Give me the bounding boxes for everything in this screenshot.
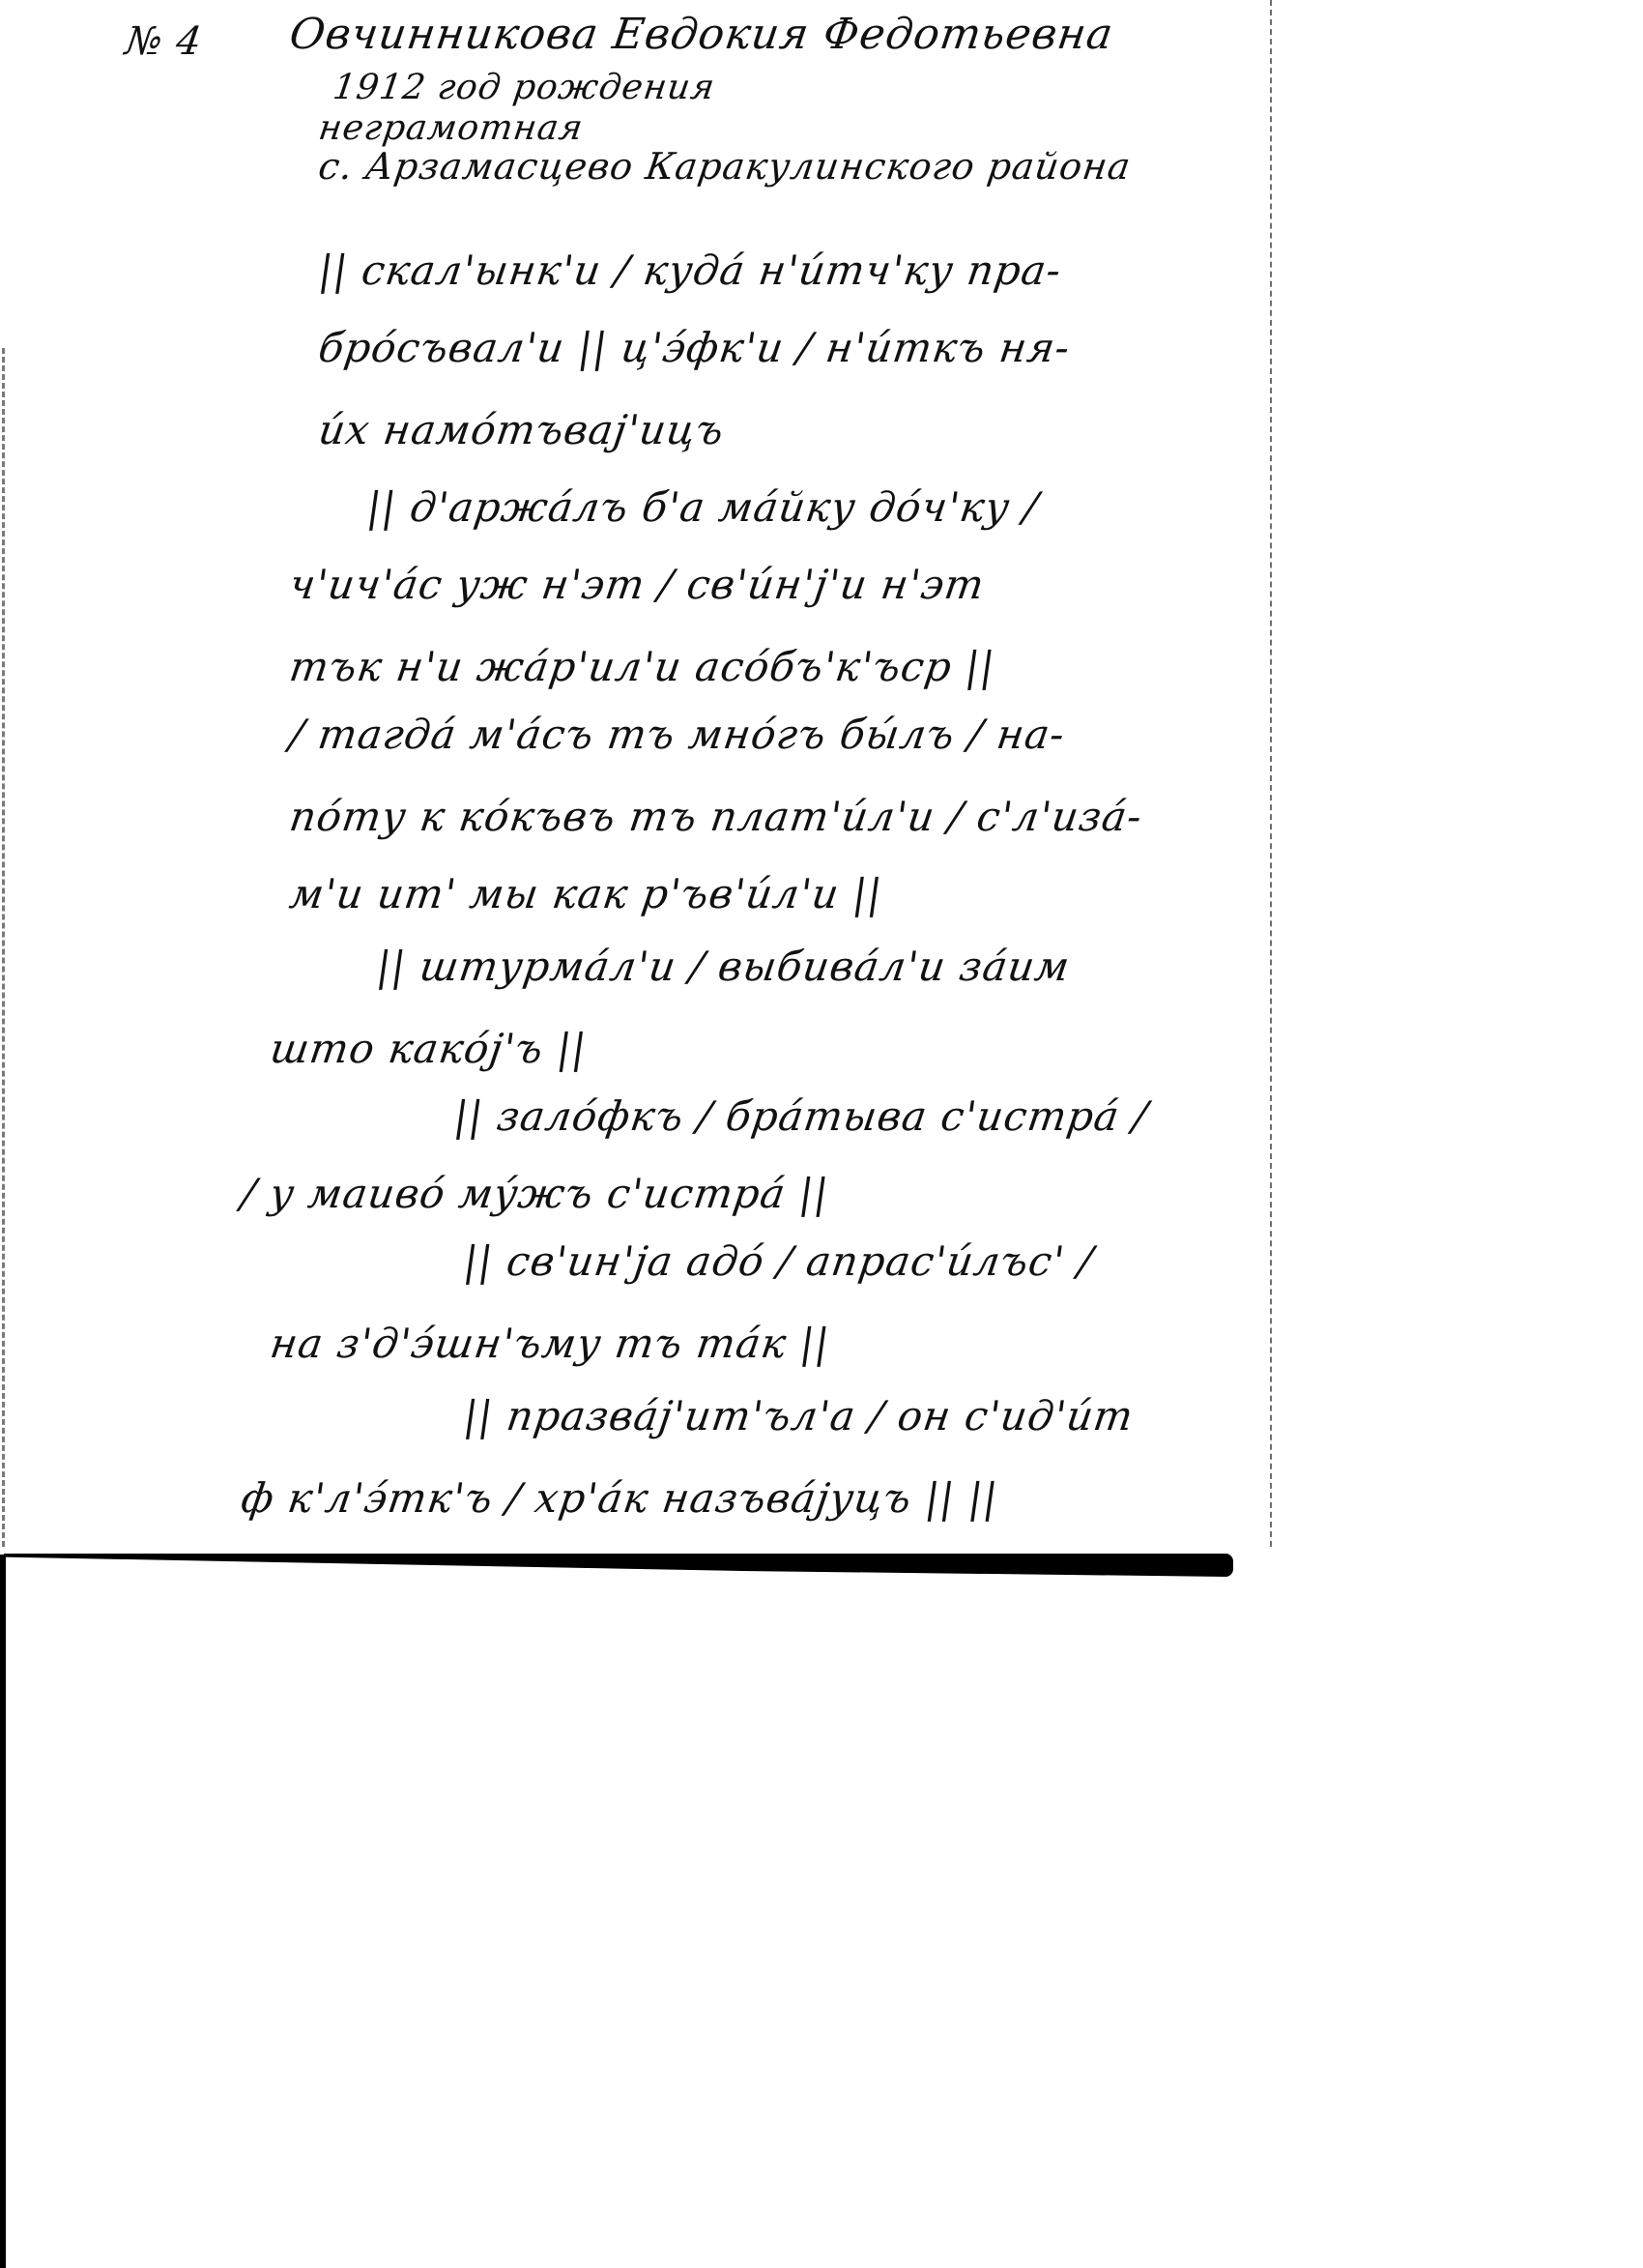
- transcript-line: по́ту к ко́къвъ тъ плат'и́л'и / с'л'иза́…: [287, 793, 1146, 840]
- transcript-line: ф к'л'э́тк'ъ / хр'а́к назъва́јуцъ || ||: [239, 1474, 1002, 1522]
- transcript-line: || празва́ј'ит'ъл'а / он с'ид'и́т: [461, 1392, 1138, 1439]
- page-left-edge: [2, 348, 5, 1547]
- transcript-line: || св'ин'ја адо́ / апрас'и́лъс' /: [461, 1237, 1097, 1285]
- transcript-line: / тагда́ м'а́съ тъ мно́гъ бы́лъ / на-: [287, 711, 1069, 758]
- informant-name: Овчинникова Евдокия Федотьевна: [286, 10, 1116, 59]
- transcript-line: тък н'и жа́р'ил'и асо́бъ'к'ъср ||: [287, 643, 998, 690]
- transcript-line: и́х намо́тъвај'ицъ: [316, 406, 728, 453]
- literacy-status: неграмотная: [316, 108, 586, 148]
- birth-year: 1912 год рождения: [331, 68, 717, 107]
- page-right-edge: [1270, 0, 1272, 1547]
- transcript-line: ч'ич'а́с уж н'эт / св'и́н'ј'и н'эт: [287, 561, 988, 608]
- scan-shadow-bottom: [4, 1554, 1233, 1577]
- transcript-line: бро́съвал'и || ц'э́фк'и / н'и́ткъ ня-: [316, 324, 1074, 371]
- place-of-recording: с. Арзамасцево Каракулинского района: [316, 145, 1134, 188]
- scanned-page: № 4 Овчинникова Евдокия Федотьевна 1912 …: [0, 0, 1643, 2268]
- transcript-line: м'и ит' мы как р'ъв'и́л'и ||: [287, 870, 886, 917]
- transcript-line: / у маиво́ му́жъ с'истра́ ||: [239, 1170, 832, 1217]
- transcript-line: || скал'ынк'и / куда́ н'и́тч'ку пра-: [316, 247, 1065, 294]
- transcript-line: || д'аржа́лъ б'а ма́йку до́ч'ку /: [364, 483, 1042, 531]
- transcript-line: || зало́фкъ / бра́тыва с'истра́ /: [451, 1092, 1152, 1140]
- scan-shadow-left: [0, 1555, 6, 2268]
- transcript-line: на з'д'э́шн'ъму тъ та́к ||: [268, 1320, 833, 1367]
- transcript-line: || штурма́л'и / выбива́л'и за́им: [374, 943, 1074, 990]
- record-number: № 4: [123, 19, 205, 64]
- transcript-line: што како́ј'ъ ||: [268, 1025, 591, 1072]
